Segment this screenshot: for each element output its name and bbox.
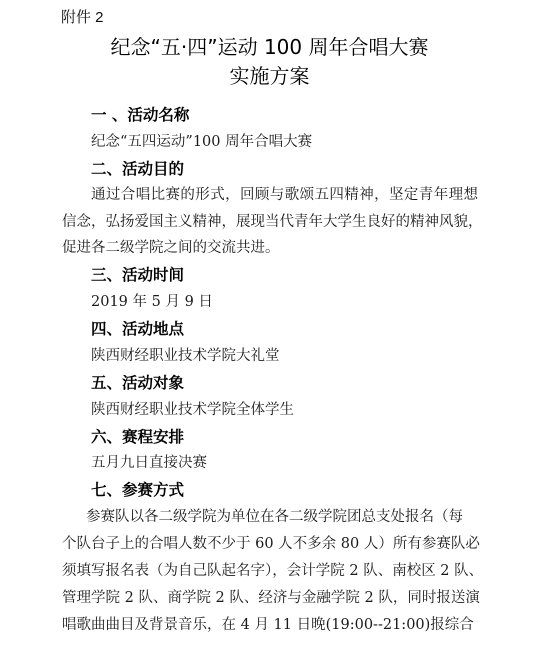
- participation-text-line-1: 参赛队以各二级学院为单位在各二级学院团总支处报名（每: [86, 507, 460, 527]
- activity-audience-text: 陕西财经职业技术学院全体学生: [91, 400, 294, 420]
- section-heading-activity-time: 三、活动时间: [91, 265, 184, 285]
- purpose-text-line-3: 促进各二级学院之间的交流共进。: [62, 238, 280, 258]
- document-title-line-2: 实施方案: [0, 63, 539, 89]
- participation-text-line-4: 管理学院 2 队、商学院 2 队、经济与金融学院 2 队，同时报送演: [62, 588, 478, 608]
- schedule-text: 五月九日直接决赛: [91, 453, 207, 473]
- activity-name-text: 纪念“五四运动”100 周年合唱大赛: [91, 132, 312, 152]
- purpose-text-line-1: 通过合唱比赛的形式，回顾与歌颂五四精神，坚定青年理想: [91, 185, 478, 205]
- document-page: 附件 2 纪念“五·四”运动 100 周年合唱大赛 实施方案 一 、活动名称 纪…: [0, 0, 539, 648]
- document-title-line-1: 纪念“五·四”运动 100 周年合唱大赛: [0, 34, 539, 60]
- purpose-text-line-2: 信念，弘扬爱国主义精神，展现当代青年大学生良好的精神风貌，: [62, 212, 478, 232]
- section-heading-activity-purpose: 二、活动目的: [91, 159, 184, 179]
- participation-text-line-5: 唱歌曲曲目及背景音乐，在 4 月 11 日晚(19:00--21:00)报综合: [62, 615, 462, 635]
- activity-time-text: 2019 年 5 月 9 日: [91, 292, 213, 312]
- section-heading-activity-location: 四、活动地点: [91, 319, 184, 339]
- attachment-label: 附件 2: [61, 9, 104, 27]
- participation-text-line-2: 个队台子上的合唱人数不少于 60 人不多余 80 人）所有参赛队必: [62, 534, 478, 554]
- section-heading-schedule: 六、赛程安排: [91, 427, 184, 447]
- participation-text-line-3: 须填写报名表（为自己队起名字），会计学院 2 队、南校区 2 队、: [62, 561, 478, 581]
- activity-location-text: 陕西财经职业技术学院大礼堂: [91, 346, 280, 366]
- section-heading-activity-audience: 五、活动对象: [91, 373, 184, 393]
- section-heading-participation: 七、参赛方式: [91, 480, 184, 500]
- section-heading-activity-name: 一 、活动名称: [91, 105, 189, 125]
